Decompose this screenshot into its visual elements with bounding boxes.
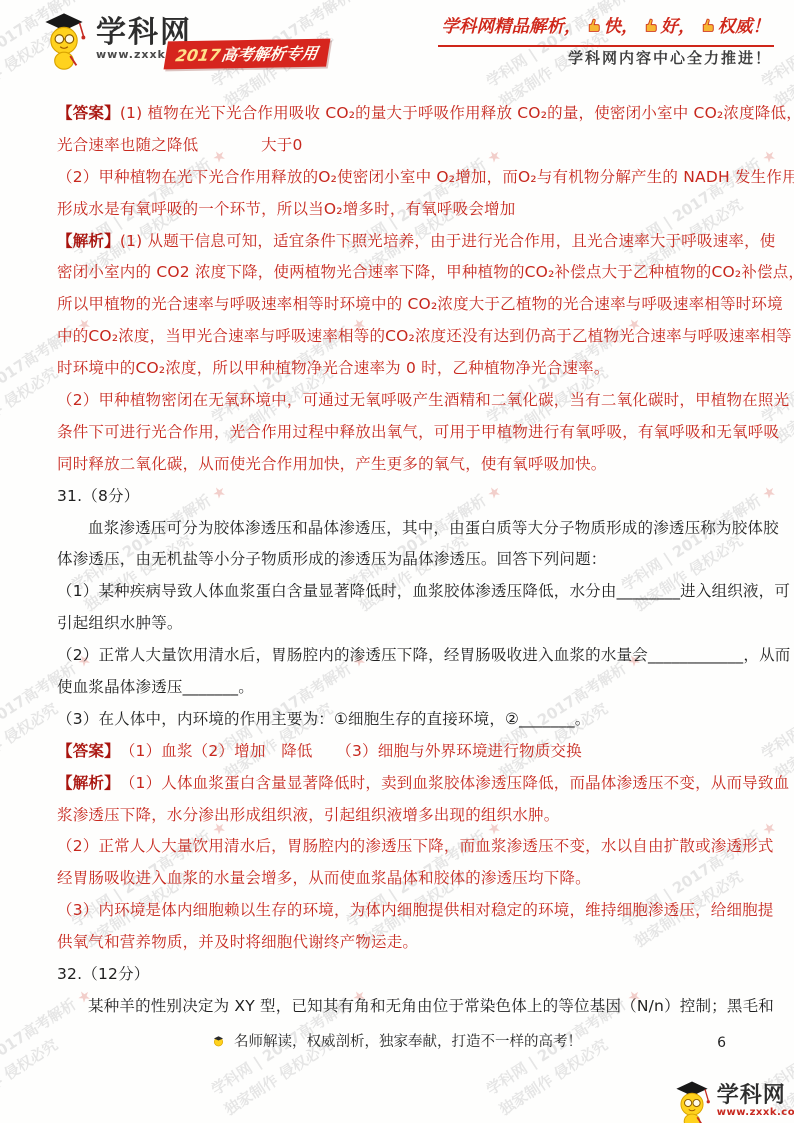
text-line: （2）甲种植物密闭在无氧环境中，可通过无氧呼吸产生酒精和二氧化碳，当有二氧化碳时… [57,383,744,415]
text-line: 引起组织水肿等。 [57,606,744,638]
thumb-up-icon [699,17,716,34]
text-line: 光合速率也随之降低 大于0 [57,128,744,160]
document-page: 学科网 | 2017高考解析 ★独家制作 侵权必究学科网 | 2017高考解析 … [0,0,794,1123]
banner-year: 2017 [174,45,222,65]
text-line: 所以甲植物的光合速率与呼吸速率相等时环境中的 CO₂浓度大于乙植物的光合速率与呼… [57,287,744,319]
slogan-prefix: 学科网精品解析， [442,13,582,38]
page-content: 学科网 www.zxxk.com 2017高考解析专用 学科网精品解析， 快， … [0,0,794,1123]
text-line: （2）正常人人大量饮用清水后，胃肠腔内的渗透压下降，而血浆渗透压不变，水以自由扩… [57,829,744,861]
slogan-item: 权威！ [718,13,771,38]
header-slogan: 学科网精品解析， 快， 好， 权威！ [438,13,775,47]
document-body: 【答案】(1) 植物在光下光合作用吸收 CO₂的量大于呼吸作用释放 CO₂的量，… [57,96,744,1021]
corner-logo: 学科网 www.zxxk.com [671,1077,794,1123]
text-line: 时环境中的CO₂浓度，所以甲种植物净光合速率为 0 时，乙种植物净光合速率。 [57,351,744,383]
text-line: 【答案】（1）血浆（2）增加 降低 （3）细胞与外界环境进行物质交换 [57,734,744,766]
header-banner: 2017高考解析专用 [164,39,330,70]
text-line: 使血浆晶体渗透压_______。 [57,670,744,702]
header-sub-slogan: 学科网内容中心全力推进！ [568,47,772,68]
corner-site-url: www.zxxk.com [717,1107,794,1118]
text-line: （2）正常人大量饮用清水后，胃肠腔内的渗透压下降，经胃肠吸收进入血浆的水量会__… [57,638,744,670]
text-line: 【解析】(1) 从题干信息可知，适宜条件下照光培养，由于进行光合作用，且光合速率… [57,224,744,256]
text-line: （3）在人体中，内环境的作用主要为：①细胞生存的直接环境，②_______。 [57,702,744,734]
mascot-icon [671,1077,713,1123]
slogan-item: 快， [604,13,639,38]
banner-text: 高考解析专用 [220,44,319,65]
text-line: 同时释放二氧化碳，从而使光合作用加快，产生更多的氧气，使有氧呼吸加快。 [57,447,744,479]
page-footer: 名师解读，权威剖析，独家奉献，打造不一样的高考！ 6 [0,1030,794,1060]
text-line: 血浆渗透压可分为胶体渗透压和晶体渗透压，其中，由蛋白质等大分子物质形成的渗透压称… [57,511,744,543]
text-line: 形成水是有氧呼吸的一个环节，所以当O₂增多时，有氧呼吸会增加 [57,192,744,224]
text-line: 密闭小室内的 CO2 浓度下降，使两植物光合速率下降，甲种植物的CO₂补偿点大于… [57,255,744,287]
corner-site-name: 学科网 [717,1085,794,1107]
text-line: 某种羊的性别决定为 XY 型，已知其有角和无角由位于常染色体上的等位基因（N/n… [57,989,744,1021]
corner-logo-text: 学科网 www.zxxk.com [717,1085,794,1118]
text-line: （1）某种疾病导致人体血浆蛋白含量显著降低时，血浆胶体渗透压降低，水分由____… [57,574,744,606]
mini-mascot-icon [212,1034,225,1047]
text-line: 条件下可进行光合作用，光合作用过程中释放出氧气，可用于甲植物进行有氧呼吸，有氧呼… [57,415,744,447]
text-line: 【答案】(1) 植物在光下光合作用吸收 CO₂的量大于呼吸作用释放 CO₂的量，… [57,96,744,128]
footer-slogan: 名师解读，权威剖析，独家奉献，打造不一样的高考！ [234,1030,582,1051]
footer-inner: 名师解读，权威剖析，独家奉献，打造不一样的高考！ [0,1030,794,1051]
text-line: （3）内环境是体内细胞赖以生存的环境，为体内细胞提供相对稳定的环境，维持细胞渗透… [57,893,744,925]
page-number: 6 [717,1035,726,1051]
text-line: 中的CO₂浓度，当甲光合速率与呼吸速率相等的CO₂浓度还没有达到仍高于乙植物光合… [57,319,744,351]
text-line: 经胃肠吸收进入血浆的水量会增多，从而使血浆晶体和胶体的渗透压均下降。 [57,861,744,893]
text-line: 31.（8分） [57,479,744,511]
text-line: 体渗透压，由无机盐等小分子物质形成的渗透压为晶体渗透压。回答下列问题： [57,542,744,574]
thumb-up-icon [642,17,659,34]
text-line: 供氧气和营养物质，并及时将细胞代谢终产物运走。 [57,925,744,957]
text-line: 浆渗透压下降，水分渗出形成组织液，引起组织液增多出现的组织水肿。 [57,798,744,830]
mascot-icon [38,8,90,70]
text-line: （2）甲种植物在光下光合作用释放的O₂使密闭小室中 O₂增加，而O₂与有机物分解… [57,160,744,192]
text-line: 【解析】（1）人体血浆蛋白含量显著降低时，卖到血浆胶体渗透压降低，而晶体渗透压不… [57,766,744,798]
text-line: 32.（12分） [57,957,744,989]
thumb-up-icon [585,17,602,34]
slogan-item: 好， [661,13,696,38]
